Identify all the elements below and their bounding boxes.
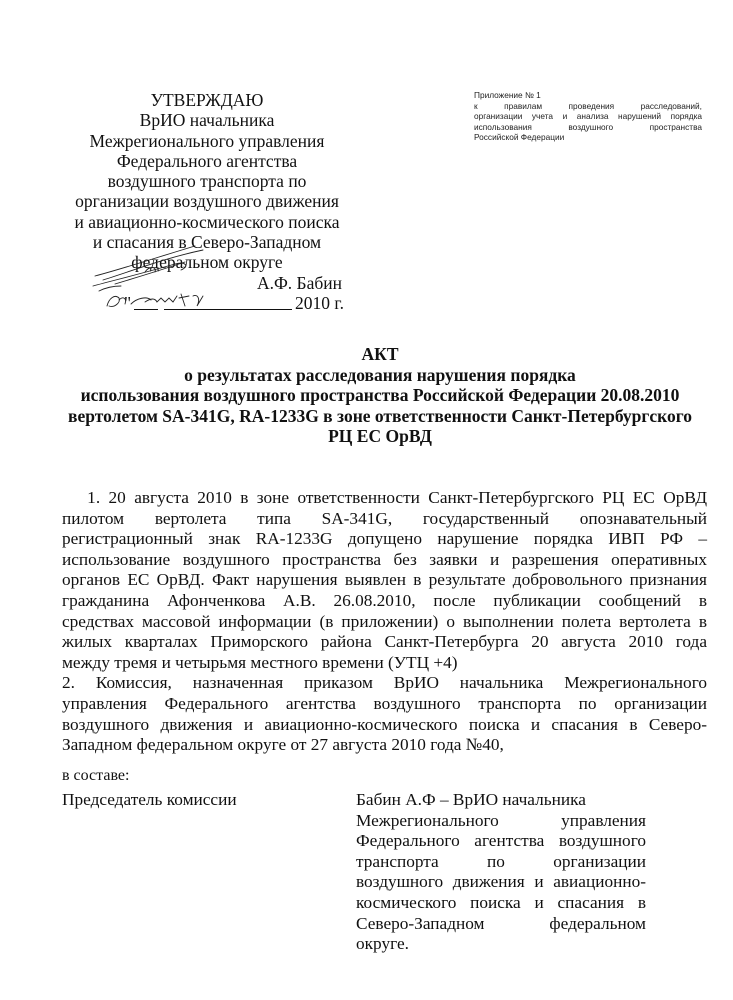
appendix-title: Приложение № 1	[474, 90, 702, 101]
date-quote: "	[124, 293, 131, 313]
paragraph-line: Западном федеральном округе от 27 август…	[62, 735, 707, 756]
title-line: вертолетом SA-341G, RA-1233G в зоне отве…	[60, 406, 700, 427]
approval-line: ВрИО начальника	[62, 110, 352, 130]
appendix-line: использования воздушного пространства	[474, 122, 702, 133]
appendix-line: Российской Федерации	[474, 132, 702, 143]
member-line: Межрегионального управления	[356, 811, 646, 832]
paragraph-1: 1. 20 августа 2010 в зоне ответственност…	[62, 488, 707, 673]
title-line: о результатах расследования нарушения по…	[60, 365, 700, 386]
paragraph-line: между тремя и четырьмя местного времени …	[62, 653, 707, 674]
paragraph-line: 1. 20 августа 2010 в зоне ответственност…	[62, 488, 707, 509]
paragraph-line: органов ЕС ОрВД. Факт нарушения выявлен …	[62, 570, 707, 591]
appendix-reference: Приложение № 1 к правилам проведения рас…	[474, 90, 702, 143]
paragraph-2: 2. Комиссия, назначенная приказом ВрИО н…	[62, 673, 707, 755]
date-month-underline	[164, 295, 292, 310]
signer-name: А.Ф. Бабин	[62, 273, 352, 293]
member-line: Северо-Западном федеральном	[356, 914, 646, 935]
paragraph-line: пилотом вертолета типа SA-341G, государс…	[62, 509, 707, 530]
paragraph-line: воздушного движения и авиационно-космиче…	[62, 715, 707, 736]
title-line: использования воздушного пространства Ро…	[60, 385, 700, 406]
approval-line: и авиационно-космического поиска	[62, 212, 352, 232]
approval-line: Межрегионального управления	[62, 131, 352, 151]
date-day-underline	[134, 295, 158, 310]
member-line: транспорта по организации	[356, 852, 646, 873]
approval-line: организации воздушного движения	[62, 191, 352, 211]
member-line: Бабин А.Ф – ВрИО начальника	[356, 790, 646, 811]
paragraph-line: регистрационный знак RA-1233G допущено н…	[62, 529, 707, 550]
paragraph-line: средствах массовой информации (в приложе…	[62, 612, 707, 633]
approval-heading: УТВЕРЖДАЮ	[62, 90, 352, 110]
member-line: Федерального агентства воздушного	[356, 831, 646, 852]
appendix-line: к правилам проведения расследований,	[474, 101, 702, 112]
member-line: воздушного движения и авиационно-	[356, 872, 646, 893]
commission-role: Председатель комиссии	[62, 790, 237, 811]
member-line: космического поиска и спасания в	[356, 893, 646, 914]
approval-line: Федерального агентства	[62, 151, 352, 171]
paragraph-line: жилых кварталах Приморского района Санкт…	[62, 632, 707, 653]
paragraph-line: управления Федерального агентства воздуш…	[62, 694, 707, 715]
paragraph-line: гражданина Афонченкова А.В. 26.08.2010, …	[62, 591, 707, 612]
approval-line: и спасания в Северо-Западном	[62, 232, 352, 252]
paragraph-line: использование воздушного пространства бе…	[62, 550, 707, 571]
date-year: 2010 г.	[295, 293, 344, 313]
title-act: АКТ	[60, 344, 700, 365]
approval-block: УТВЕРЖДАЮ ВрИО начальника Межрегионально…	[62, 90, 352, 313]
document-title: АКТ о результатах расследования нарушени…	[60, 344, 700, 447]
approval-line: федеральном округе	[62, 252, 352, 272]
commission-member: Бабин А.Ф – ВрИО начальника Межрегиональ…	[356, 790, 646, 955]
title-line: РЦ ЕС ОрВД	[60, 426, 700, 447]
document-body: 1. 20 августа 2010 в зоне ответственност…	[62, 488, 707, 756]
approval-line: воздушного транспорта по	[62, 171, 352, 191]
appendix-line: организации учета и анализа нарушений по…	[474, 111, 702, 122]
approval-date: " 2010 г.	[62, 293, 352, 313]
member-line: округе.	[356, 934, 646, 955]
paragraph-line: 2. Комиссия, назначенная приказом ВрИО н…	[62, 673, 707, 694]
composition-label: в составе:	[62, 766, 129, 787]
